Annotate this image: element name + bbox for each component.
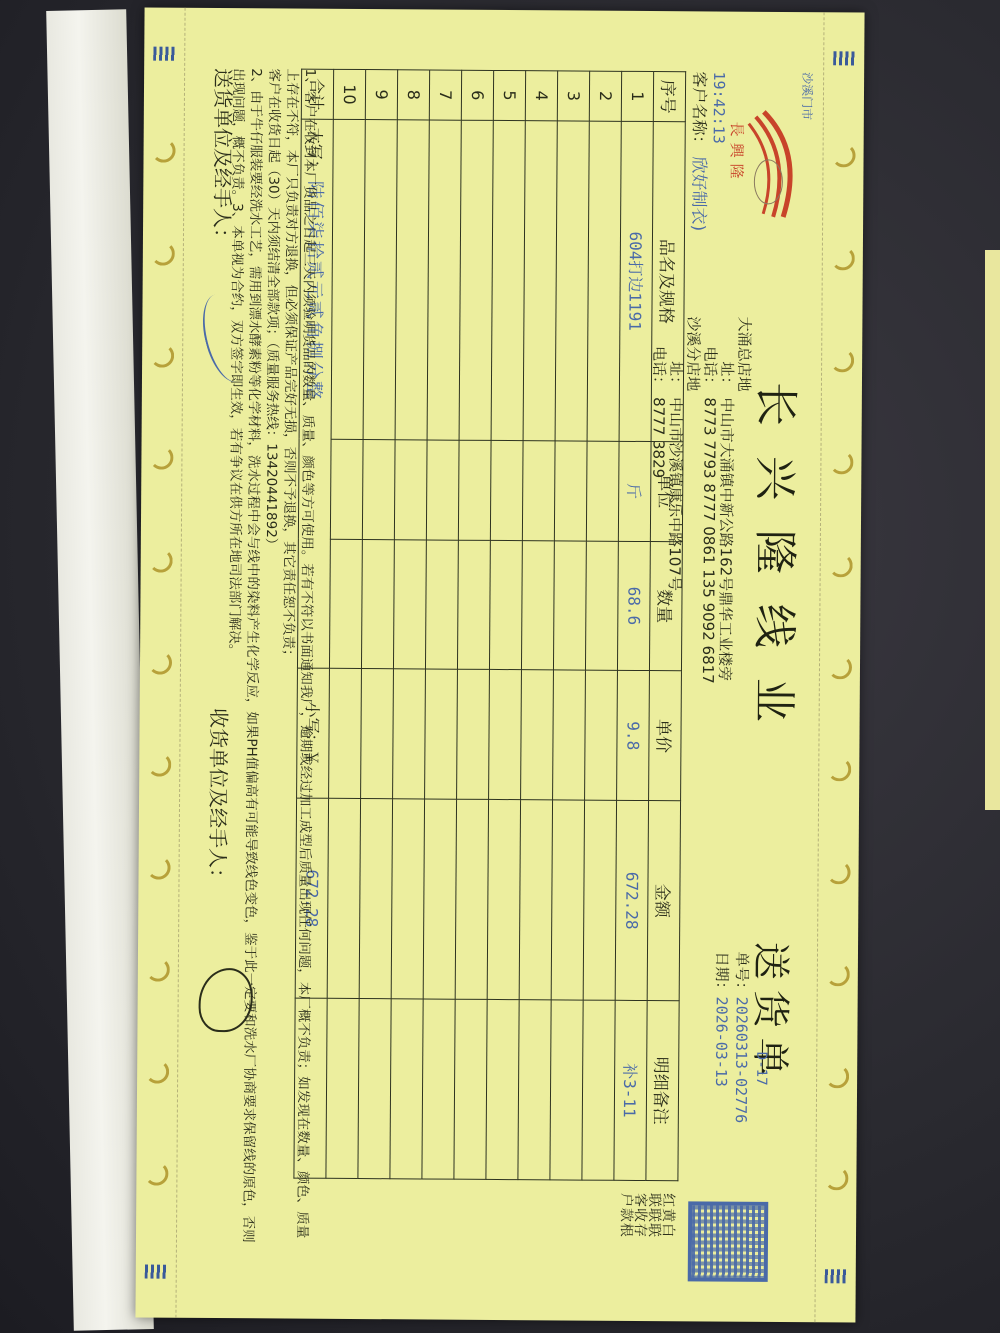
delivery-note: 沙溪门市 長興隆 19:42:13 长兴隆线业 送货单 大涌总店地址：中山市大涌… [135,8,864,1323]
item-qty [393,539,426,669]
item-name [587,121,621,441]
row-no: 8 [397,70,429,120]
item-qty [553,540,586,670]
sender-label: 送货单位及经手人： [210,68,235,248]
punch-hole [825,1064,849,1088]
col-header: 品名及规格 [651,122,685,442]
signature-row: 送货单位及经手人： 收货单位及经手人： [202,68,239,1188]
item-remark [326,998,359,1178]
tractor-holes-bottom [135,8,185,1318]
punch-hole [831,246,855,270]
item-price [361,669,394,799]
punch-hole [145,1060,169,1084]
col-header: 数量 [649,541,682,671]
item-price [329,669,362,799]
item-amount [583,800,616,1000]
item-price [457,670,490,800]
col-header: 单位 [650,441,683,541]
item-remark [390,999,423,1179]
item-qty [425,540,458,670]
row-no: 3 [557,71,589,121]
item-unit [330,439,363,539]
tractor-holes-top [814,12,864,1322]
perforation-mark [153,47,175,61]
item-name [363,119,397,439]
item-price [425,669,458,799]
date-label: 日期： [713,951,731,996]
item-amount: 672.28 [615,801,648,1001]
customer-line: 客户名称： 欣好制衣) [688,71,714,231]
punch-hole [827,758,851,782]
copy-label-red: 红联客户 [620,1191,676,1206]
head-office-phone: 8773 7793 8777 0861 135 9092 6817 [699,397,719,683]
item-amount [455,799,488,999]
row-no: 5 [493,70,525,120]
qr-code-icon [688,1201,769,1282]
item-unit [554,441,587,541]
item-name [491,120,525,440]
item-amount [391,799,424,999]
item-name: 604打边1191 [619,121,653,441]
perforation-mark [833,51,855,65]
punch-hole [146,855,170,879]
copy-label-yellow: 黄联收款 [620,1206,676,1221]
punch-hole [148,650,172,674]
punch-hole [826,860,850,884]
item-price [553,670,586,800]
item-qty [585,541,618,671]
company-name: 长兴隆线业 [745,382,812,752]
item-remark: 补3-11 [614,1000,647,1180]
item-name [523,121,557,441]
col-header: 单价 [649,671,682,801]
adjacent-sheet [985,250,1000,810]
doc-code: D-17 [753,1052,769,1086]
item-name [459,120,493,440]
item-amount [359,799,392,999]
receiver-label: 收货单位及经手人： [204,708,234,888]
customer-label: 客户名称： [690,71,710,151]
document-header: 沙溪门市 長興隆 19:42:13 长兴隆线业 送货单 大涌总店地址：中山市大涌… [678,51,817,1282]
item-price [489,670,522,800]
item-name [395,120,429,440]
item-unit [490,440,523,540]
row-no: 7 [429,70,461,120]
perforation-mark [825,1269,847,1283]
punch-hole [144,1162,168,1186]
col-header: 序号 [653,72,685,122]
item-price [585,671,618,801]
copy-label-white: 白联存根 [620,1221,676,1236]
copy-labels: 白联存根 黄联收款 红联客户 [594,1191,676,1237]
delivery-note-wrapper: 沙溪门市 長興隆 19:42:13 长兴隆线业 送货单 大涌总店地址：中山市大涌… [140,10,860,1320]
punch-hole [151,241,175,265]
item-name [555,121,589,441]
logo-swoosh-icon [743,102,804,222]
document-number: 20260313-02776 [732,997,751,1124]
number-date-block: 单号：20260313-02776 日期：2026-03-13 [711,951,752,1123]
item-amount [551,800,584,1000]
punch-hole [151,139,175,163]
punch-hole [828,655,852,679]
item-unit: 斤 [618,441,651,541]
item-unit [522,440,555,540]
item-name [427,120,461,440]
customer-name: 欣好制衣) [688,156,709,231]
punch-hole [829,451,853,475]
item-amount [423,799,456,999]
punch-hole [824,1167,848,1191]
item-amount [487,800,520,1000]
item-price [521,670,554,800]
item-qty [489,540,522,670]
punch-hole [150,344,174,368]
item-amount [327,799,360,999]
item-remark [518,1000,551,1180]
item-amount [519,800,552,1000]
row-no: 2 [589,71,621,121]
col-header: 金额 [647,801,680,1001]
punch-hole [147,753,171,777]
item-unit [394,439,427,539]
item-unit [458,440,491,540]
item-price [393,669,426,799]
punch-hole [149,446,173,470]
item-qty [457,540,490,670]
item-remark [550,1000,583,1180]
punch-hole [829,553,853,577]
row-no: 4 [525,71,557,121]
item-unit [586,441,619,541]
number-label: 单号： [733,952,751,997]
punch-hole [830,348,854,372]
item-qty: 68.6 [617,541,650,671]
perforation-mark [145,1264,167,1278]
col-header: 明细备注 [646,1001,679,1181]
item-remark [422,999,455,1179]
item-name [331,119,365,439]
punch-hole [149,548,173,572]
item-unit [426,440,459,540]
punch-hole [146,957,170,981]
item-remark [358,999,391,1179]
items-table: 序号 品名及规格 单位 数量 单价 金额 明细备注 1 604打边1191 斤 … [293,69,686,1182]
head-office-address: 中山市大涌镇中新公路162号鼎华工业楼旁 [716,398,736,682]
row-no: 9 [365,70,397,120]
row-no: 1 [621,71,653,121]
row-no: 6 [461,70,493,120]
punch-hole [826,962,850,986]
punch-hole [831,144,855,168]
document-date: 2026-03-13 [712,997,731,1087]
item-remark [582,1000,615,1180]
item-qty [361,539,394,669]
item-qty [521,540,554,670]
item-remark [486,1000,519,1180]
logo-text: 長興隆 [726,122,747,185]
item-qty [329,539,362,669]
item-remark [454,999,487,1179]
row-no: 10 [333,69,365,119]
head-office-address-label: 大涌总店地址： [718,302,753,392]
head-office-phone-label: 电话： [701,301,719,391]
item-unit [362,439,395,539]
item-price: 9.8 [617,671,650,801]
